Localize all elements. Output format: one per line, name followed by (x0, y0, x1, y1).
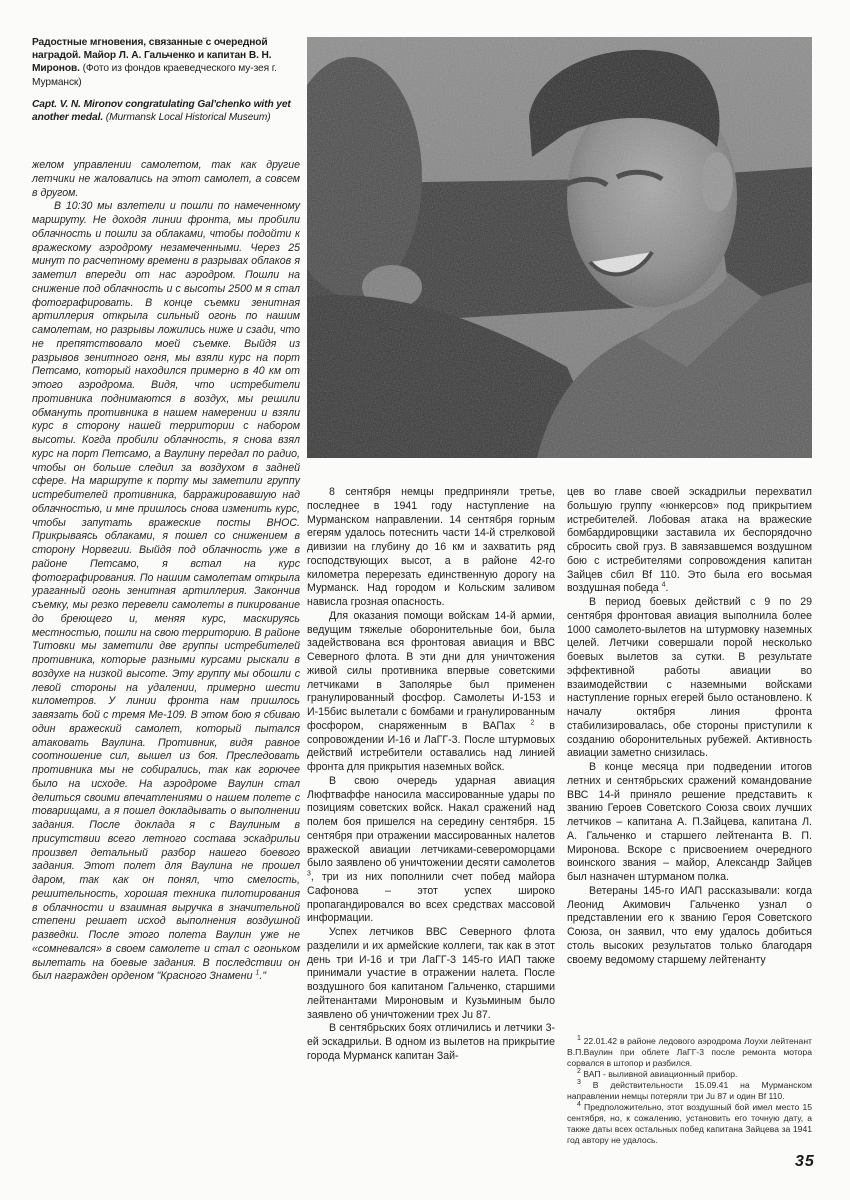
left-text-column: желом управлении самолетом, так как друг… (32, 159, 300, 984)
right-paragraph-1: цев во главе своей эскадрильи перехватил… (567, 486, 812, 596)
magazine-page: Радостные мгновения, связанные с очередн… (0, 0, 850, 1200)
footnote-1: 1 22.01.42 в районе ледового аэродрома Л… (567, 1036, 812, 1069)
caption-english-source: (Murmansk Local Historical Museum) (103, 112, 270, 123)
footnote-3: 3 В действительности 15.09.41 на Мурманс… (567, 1080, 812, 1102)
photo-image (307, 37, 812, 458)
right-paragraph-2: В период боевых действий с 9 по 29 сентя… (567, 596, 812, 761)
caption-english: Capt. V. N. Mironov congratulating Gal'c… (32, 98, 300, 124)
footnote-2: 2 ВАП - выливной авиационный прибор. (567, 1069, 812, 1080)
middle-paragraph-2: Для оказания помощи войскам 14-й армии, … (307, 610, 555, 775)
right-text-column: цев во главе своей эскадрильи перехватил… (567, 486, 812, 967)
pilot-portrait-photo (307, 37, 812, 458)
middle-paragraph-1: 8 сентября немцы предприняли третье, пос… (307, 486, 555, 610)
middle-paragraph-5: В сентябрьских боях отличились и летчики… (307, 1022, 555, 1063)
right-paragraph-4: Ветераны 145-го ИАП рассказывали: когда … (567, 885, 812, 968)
footnotes: 1 22.01.42 в районе ледового аэродрома Л… (567, 1036, 812, 1146)
middle-paragraph-4: Успех летчиков ВВС Северного флота разде… (307, 926, 555, 1022)
page-number: 35 (795, 1153, 815, 1171)
middle-text-column: 8 сентября немцы предприняли третье, пос… (307, 486, 555, 1064)
photo-caption: Радостные мгновения, связанные с очередн… (32, 36, 300, 133)
left-paragraph-1: желом управлении самолетом, так как друг… (32, 159, 300, 200)
left-paragraph-2: В 10:30 мы взлетели и пошли по намеченно… (32, 200, 300, 984)
middle-paragraph-3: В свою очередь ударная авиация Люфтваффе… (307, 775, 555, 926)
caption-russian: Радостные мгновения, связанные с очередн… (32, 36, 300, 89)
footnote-4: 4 Предположительно, этот воздушный бой и… (567, 1102, 812, 1146)
right-paragraph-3: В конце месяца при подведении итогов лет… (567, 761, 812, 885)
